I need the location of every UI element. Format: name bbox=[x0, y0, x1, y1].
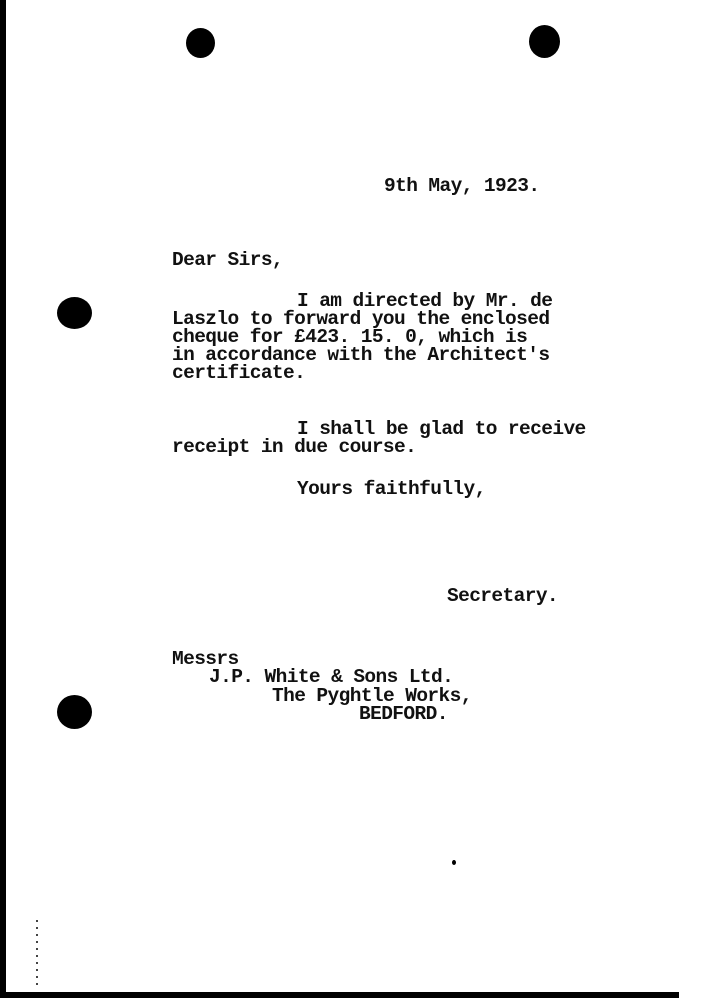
letter-page: 9th May, 1923. Dear Sirs, I am directed … bbox=[0, 0, 701, 1000]
punch-hole-icon bbox=[186, 28, 215, 58]
punch-hole-icon bbox=[529, 25, 560, 58]
punch-hole-icon bbox=[57, 695, 92, 729]
closing: Yours faithfully, bbox=[297, 481, 486, 498]
salutation: Dear Sirs, bbox=[172, 252, 283, 269]
paragraph2-line2: receipt in due course. bbox=[172, 439, 416, 456]
scan-left-edge bbox=[0, 0, 6, 998]
ink-speck bbox=[452, 860, 456, 865]
signature-title: Secretary. bbox=[447, 588, 558, 605]
recipient-town: BEDFORD. bbox=[359, 706, 448, 723]
punch-hole-icon bbox=[57, 297, 92, 329]
scan-dotted-mark bbox=[36, 920, 38, 990]
letter-date: 9th May, 1923. bbox=[384, 178, 539, 195]
scan-bottom-edge bbox=[0, 992, 679, 998]
paragraph1-line5: certificate. bbox=[172, 365, 305, 382]
recipient-company: J.P. White & Sons Ltd. bbox=[209, 669, 453, 686]
